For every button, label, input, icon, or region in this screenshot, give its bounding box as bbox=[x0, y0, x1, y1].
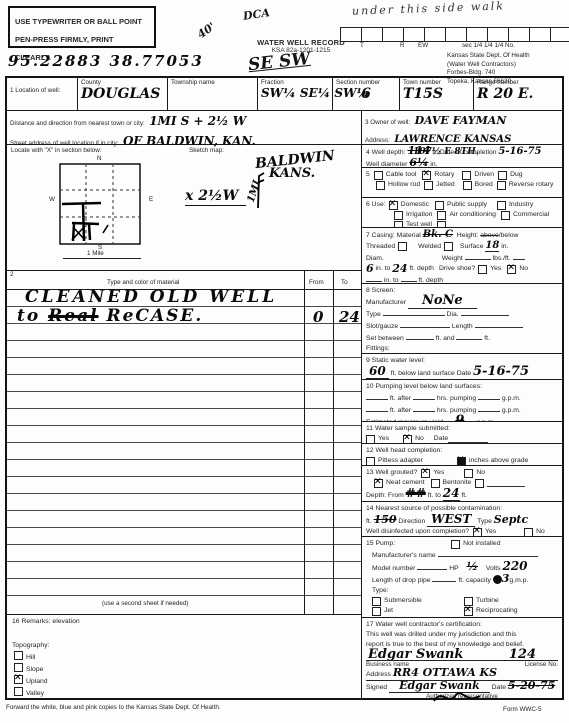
trs-grid-cell bbox=[550, 27, 569, 42]
threaded-label: Threaded bbox=[366, 242, 395, 252]
contamination-dir-label: Direction bbox=[398, 518, 425, 525]
section-static-level: 9 Static water level: 60 ft. below land … bbox=[362, 354, 562, 380]
scale-label: 1 Mile bbox=[85, 250, 106, 257]
driven-label: Driven bbox=[474, 170, 494, 180]
static-date-label: Date bbox=[457, 370, 471, 377]
drive-shoe-label: Drive shoe? bbox=[439, 264, 475, 274]
topo-valley-label: Valley bbox=[26, 690, 44, 697]
county-value: DOUGLAS bbox=[81, 86, 164, 102]
remarks-block: 16 Remarks: elevation Topography: Hill S… bbox=[7, 614, 361, 698]
completion-date-value: 5-16-75 bbox=[498, 146, 541, 157]
drive-shoe-no-label: No bbox=[519, 264, 528, 274]
materials-row2-from: 0 bbox=[313, 308, 323, 326]
submersible-label: Submersible bbox=[384, 596, 422, 606]
static-level-label: 9 Static water level: bbox=[366, 356, 558, 366]
row-distance-owner: Distance and direction from nearest town… bbox=[7, 110, 562, 145]
casing-ftdepth-label: ft. depth bbox=[409, 264, 434, 274]
distance-cell: Distance and direction from nearest town… bbox=[7, 110, 361, 144]
pumping-blank1b bbox=[413, 392, 435, 400]
location-label: 1 Location of well: bbox=[10, 87, 60, 94]
annotation-forty-feet: 40' bbox=[195, 20, 218, 41]
license-no-label: License No. bbox=[525, 661, 558, 668]
section-cell: Section number 6 bbox=[332, 78, 399, 110]
contamination-ft-value: 150 bbox=[374, 513, 397, 526]
casing-height-label: Height: bbox=[457, 232, 479, 239]
materials-row2-text: to Real ReCASE. bbox=[17, 306, 203, 326]
range-value: R 20 E. bbox=[477, 86, 559, 102]
footer-note: Forward the white, blue and pink copies … bbox=[6, 704, 221, 711]
domestic-label: Domestic bbox=[401, 200, 429, 210]
materials-table: 2 Type and color of material From To CLE… bbox=[7, 270, 361, 615]
disinfect-no-checkbox bbox=[524, 528, 533, 537]
materials-row2-post: ReCASE. bbox=[106, 306, 203, 326]
compass-north-label: N bbox=[97, 155, 102, 162]
grout-yes-label: Yes bbox=[433, 468, 444, 478]
lbs-label: lbs./ft. bbox=[493, 255, 511, 262]
test-well-label: Test well bbox=[406, 220, 432, 228]
trs-grid-cell bbox=[382, 27, 404, 42]
section-sample: 11 Water sample submitted: YesNoDate bbox=[362, 422, 562, 444]
trs-grid-cell bbox=[424, 27, 446, 42]
row-location: 1 Location of well: County DOUGLAS Towns… bbox=[7, 78, 562, 111]
section-contamination: 14 Nearest source of possible contaminat… bbox=[362, 502, 562, 537]
cert-date-value: 5-20-75 bbox=[508, 679, 555, 692]
sketch-block: Locate with "X" in section below: Sketch… bbox=[7, 144, 361, 271]
owner-address-label: Address: bbox=[365, 137, 390, 144]
grout-ft-label: ft. bbox=[461, 492, 467, 499]
pump-model-label: Model number bbox=[372, 565, 415, 572]
grout-other-blank bbox=[487, 479, 525, 487]
reverse-rotary-label: Reverse rotary bbox=[509, 180, 554, 190]
submersible-checkbox bbox=[372, 597, 381, 606]
pump-gmp-label: g.m.p. bbox=[509, 577, 528, 584]
screen-set-label: Set between bbox=[366, 335, 404, 342]
irrigation-checkbox bbox=[394, 211, 403, 220]
test-well-checkbox bbox=[394, 221, 403, 229]
screen-type-label: Type bbox=[366, 311, 381, 318]
pump-type-label: Type: bbox=[372, 586, 558, 596]
sample-date-blank bbox=[448, 435, 488, 443]
trs-grid-cell bbox=[466, 27, 488, 42]
cable-tool-label: Cable tool bbox=[386, 170, 417, 180]
pumping-after-label1: ft. after bbox=[390, 395, 411, 402]
lbs-blank bbox=[513, 252, 525, 260]
materials-row2-to: 24 bbox=[339, 308, 360, 326]
county-label: County bbox=[81, 79, 164, 86]
pumping-after-label2: ft. after bbox=[390, 407, 411, 414]
drive-shoe-yes-checkbox bbox=[478, 265, 487, 274]
contamination-type-value: Septc bbox=[494, 513, 528, 526]
cert-signed-value: Edgar Swank bbox=[389, 679, 490, 693]
grout-ftto-label: ft. to bbox=[428, 492, 441, 499]
pumping-gpm-label1: g.p.m. bbox=[502, 395, 521, 402]
township-label: Township name bbox=[171, 79, 254, 86]
cert-signature: Edgar Swank bbox=[368, 650, 463, 660]
rotary-checkbox bbox=[422, 171, 431, 180]
screen-type-blank bbox=[383, 308, 445, 316]
pump-drop-blank bbox=[432, 574, 456, 582]
sketch-state: KANS. bbox=[269, 166, 315, 181]
form-body: 1 Location of well: County DOUGLAS Towns… bbox=[5, 76, 564, 700]
screen-dia-label: Dia. bbox=[447, 311, 459, 318]
pump-hp-value: ½ bbox=[460, 560, 483, 573]
form-number: Form WWC-5 bbox=[503, 706, 541, 713]
grout-no-checkbox bbox=[464, 469, 473, 478]
turbine-label: Turbine bbox=[476, 596, 499, 606]
threaded-checkbox bbox=[398, 242, 407, 251]
trs-label-t: T bbox=[360, 42, 364, 49]
well-depth-label: 4 Well depth: bbox=[366, 149, 406, 156]
screen-mfr-label: Manufacturer bbox=[366, 299, 406, 306]
cert-license: 124 bbox=[509, 650, 536, 660]
screen-set-blank2 bbox=[456, 332, 482, 340]
topo-slope-label: Slope bbox=[26, 666, 43, 673]
topo-valley-checkbox bbox=[14, 687, 23, 696]
materials-row2-struck: Real bbox=[48, 306, 98, 326]
trs-grid-cell bbox=[529, 27, 551, 42]
pump-hp-label: HP bbox=[449, 565, 458, 572]
materials-to-label: To bbox=[341, 279, 348, 286]
well-diameter-label: Well diameter bbox=[366, 161, 407, 168]
section-grout: 13 Well grouted?YesNo Neat cementBentoni… bbox=[362, 466, 562, 502]
fraction-cell: Fraction SW¼ SE¼ SW¼ bbox=[257, 78, 332, 110]
pitless-checkbox bbox=[366, 457, 375, 466]
pumping-blank2b bbox=[413, 404, 435, 412]
casing-above-label: above bbox=[480, 232, 499, 239]
casing-into-label: in. to bbox=[376, 264, 391, 274]
materials-num: 2 bbox=[10, 271, 14, 278]
screen-slot-label: Slot/gauze bbox=[366, 323, 398, 330]
air-conditioning-checkbox bbox=[437, 211, 446, 220]
pump-label: 15 Pump: bbox=[366, 539, 395, 549]
grout-depth-label: Depth: From bbox=[366, 492, 404, 499]
trs-label-sec: sec 1/4 1/4 1/4 No. bbox=[462, 42, 515, 49]
weight-label: Weight bbox=[442, 255, 463, 262]
topo-hill-label: Hill bbox=[26, 654, 35, 661]
industry-label: Industry bbox=[509, 200, 533, 210]
grout-to-value: 24 bbox=[443, 486, 460, 501]
pumping-hrs-label1: hrs. pumping bbox=[437, 395, 476, 402]
topo-slope-checkbox bbox=[14, 663, 23, 672]
trs-grid-cell bbox=[340, 27, 362, 42]
agency-line: (Water Well Contractors) bbox=[447, 61, 530, 70]
topo-hill-checkbox bbox=[14, 651, 23, 660]
screen-set-blank1 bbox=[406, 332, 434, 340]
compass-west-label: W bbox=[49, 196, 55, 203]
sample-no-label: No bbox=[415, 434, 424, 444]
topography-label: Topography: bbox=[12, 641, 356, 651]
welded-checkbox bbox=[444, 242, 453, 251]
disinfect-label: Well disinfected upon completion? bbox=[366, 527, 469, 537]
well-diameter-unit: in. bbox=[430, 161, 437, 168]
casing-into2-label: in. to bbox=[384, 277, 399, 284]
town-value: T15S bbox=[403, 86, 470, 102]
contamination-dir-value: WEST bbox=[427, 512, 475, 527]
sample-yes-label: Yes bbox=[378, 434, 389, 444]
grout-other-checkbox bbox=[475, 479, 484, 488]
reciprocating-label: Reciprocating bbox=[476, 606, 518, 616]
screen-dia-blank bbox=[461, 308, 509, 316]
remarks-label: 16 Remarks: elevation bbox=[12, 617, 356, 627]
screen-mfr-value: NoNe bbox=[408, 293, 477, 309]
surface-label: Surface bbox=[460, 242, 483, 252]
range-cell: Range number R 20 E. bbox=[473, 78, 562, 110]
pump-drop-label: Length of drop pipe bbox=[372, 577, 431, 584]
screen-length-label: Length bbox=[452, 323, 473, 330]
pumping-blank2a bbox=[366, 404, 388, 412]
trs-grid-cell bbox=[487, 27, 509, 42]
section-label: Section number bbox=[336, 79, 396, 86]
cert-body1: This well was drilled under my jurisdict… bbox=[366, 630, 558, 640]
disinfect-yes-label: Yes bbox=[485, 527, 496, 537]
ink-blot bbox=[493, 575, 502, 584]
surface-value: 18 bbox=[485, 241, 499, 252]
pumping-blank1c bbox=[478, 392, 500, 400]
casing2-blank1 bbox=[366, 274, 382, 282]
signature-scribble bbox=[432, 692, 482, 702]
drill-num: 5 bbox=[366, 170, 370, 180]
section-drill-method: 5 Cable tool Rotary Driven Dug Hollow ro… bbox=[362, 168, 562, 198]
sketch-flag-stroke bbox=[251, 170, 265, 210]
trs-label-ew: EW bbox=[418, 42, 428, 49]
compass-east-label: E bbox=[149, 196, 153, 203]
town-cell: Town number T15S bbox=[399, 78, 473, 110]
dug-checkbox bbox=[498, 171, 507, 180]
hollow-rod-checkbox bbox=[376, 181, 385, 190]
reverse-rotary-checkbox bbox=[497, 181, 506, 190]
trs-grid-cell bbox=[508, 27, 530, 42]
rotary-label: Rotary bbox=[434, 170, 454, 180]
grout-yes-checkbox bbox=[421, 469, 430, 478]
casing-ftdepth2-label: ft. depth bbox=[418, 277, 443, 284]
fraction-label: Fraction bbox=[261, 79, 329, 86]
well-depth-mid-label: ft. Date of completion bbox=[432, 149, 496, 156]
sample-date-label: Date bbox=[434, 434, 448, 444]
township-cell: Township name bbox=[167, 78, 257, 110]
surface-unit: in. bbox=[501, 242, 508, 252]
trs-grid-cell bbox=[361, 27, 383, 42]
sketch-distance: x 2½W bbox=[185, 188, 246, 206]
drive-shoe-no-checkbox bbox=[507, 265, 516, 274]
trs-grid-cell bbox=[445, 27, 467, 42]
section-screen: 8 Screen: Manufacturer NoNe Type Dia. Sl… bbox=[362, 284, 562, 354]
static-date-value: 5-16-75 bbox=[473, 364, 529, 379]
screen-fittings-label: Fittings: bbox=[366, 344, 558, 354]
bored-checkbox bbox=[463, 181, 472, 190]
section-use: 6 Use: Domestic Public supply Industry I… bbox=[362, 198, 562, 228]
above-grade-label: inches above grade bbox=[469, 456, 528, 466]
casing2-blank2 bbox=[401, 274, 417, 282]
pump-mfr-blank bbox=[438, 549, 538, 557]
jet-checkbox bbox=[372, 607, 381, 616]
screen-ftand-label: ft. and bbox=[436, 335, 455, 342]
annotation-dca: DCA bbox=[242, 6, 270, 23]
cable-tool-checkbox bbox=[374, 171, 383, 180]
town-label: Town number bbox=[403, 79, 470, 86]
use-other-checkbox bbox=[437, 221, 446, 229]
irrigation-label: Irrigation bbox=[406, 210, 432, 220]
commercial-checkbox bbox=[501, 211, 510, 220]
driven-checkbox bbox=[462, 171, 471, 180]
hollow-rod-label: Hollow rod bbox=[388, 180, 420, 190]
cert-address-value: RR4 OTTAWA KS bbox=[393, 666, 497, 679]
jet-label: Jet bbox=[384, 606, 393, 616]
contamination-type-label: Type bbox=[477, 518, 492, 525]
distance-value: 1MI S + 2½ W bbox=[149, 114, 246, 128]
above-grade-checkbox bbox=[457, 457, 466, 466]
pumping-blank1a bbox=[366, 392, 388, 400]
not-installed-checkbox bbox=[451, 540, 460, 549]
static-level-value: 60 bbox=[366, 364, 389, 379]
disinfect-no-label: No bbox=[536, 527, 545, 537]
pump-volts-label: Volts bbox=[486, 565, 501, 572]
casing-material-label: Material bbox=[397, 232, 421, 239]
cert-date-label: Date bbox=[492, 684, 506, 691]
casing-label: 7 Casing: bbox=[366, 232, 395, 239]
industry-checkbox bbox=[497, 201, 506, 210]
static-level-suffix: ft. below land surface bbox=[391, 370, 455, 377]
pumping-gpm-label2: g.p.m. bbox=[502, 407, 521, 414]
screen-length-blank bbox=[475, 320, 523, 328]
instruction-box: USE TYPEWRITER OR BALL POINT PEN-PRESS F… bbox=[8, 6, 156, 48]
materials-footer: (use a second sheet if needed) bbox=[102, 600, 188, 607]
right-column: 4 Well depth: 114 ft. Date of completion… bbox=[361, 144, 562, 698]
jetted-label: Jetted bbox=[436, 180, 455, 190]
sample-label: 11 Water sample submitted: bbox=[366, 424, 558, 434]
annotation-sidewalk-note: under this side walk bbox=[352, 0, 505, 18]
materials-to-divider bbox=[333, 270, 334, 614]
casing-d2-value: 24 bbox=[392, 264, 407, 274]
materials-header: Type and color of material bbox=[107, 279, 179, 286]
section-pump: 15 Pump:Not installed Manufacturer's nam… bbox=[362, 537, 562, 618]
well-diameter-value: 6¼ bbox=[409, 156, 428, 168]
section-wellhead: 12 Well head completion: Pitless adapter… bbox=[362, 444, 562, 466]
grout-from-scribble: ## bbox=[406, 486, 426, 500]
topo-upland-checkbox bbox=[14, 675, 23, 684]
reciprocating-checkbox bbox=[464, 607, 473, 616]
section-grid-sketch bbox=[59, 163, 145, 249]
county-cell: County DOUGLAS bbox=[77, 78, 167, 110]
dug-label: Dug bbox=[510, 170, 522, 180]
screen-ft-label: ft. bbox=[484, 335, 490, 342]
owner-label: 3 Owner of well: bbox=[365, 119, 410, 126]
jetted-checkbox bbox=[424, 181, 433, 190]
use-label: 6 Use: bbox=[366, 200, 386, 210]
water-well-record-form: USE TYPEWRITER OR BALL POINT PEN-PRESS F… bbox=[0, 0, 569, 723]
bored-label: Bored bbox=[475, 180, 493, 190]
section-certification: 17 Water well contractor's certification… bbox=[362, 618, 562, 702]
agency-line: Kansas State Dept. Of Health bbox=[447, 52, 530, 61]
use-other-blank bbox=[449, 221, 529, 228]
grout-no-label: No bbox=[476, 468, 485, 478]
cert-address-label: Address bbox=[366, 671, 391, 678]
bentonite-checkbox bbox=[431, 479, 440, 488]
pitless-label: Pitless adapter bbox=[378, 456, 423, 466]
range-label: Range number bbox=[477, 79, 559, 86]
neat-cement-checkbox bbox=[374, 479, 383, 488]
owner-cell: 3 Owner of well: DAVE FAYMAN Address: LA… bbox=[361, 110, 562, 144]
casing-material-value: Bk. C bbox=[423, 229, 453, 240]
sketch-map-label: Sketch map: bbox=[189, 147, 224, 154]
contamination-ft-label: ft. bbox=[366, 518, 372, 525]
materials-row2-pre: to bbox=[17, 306, 40, 326]
pump-ft-label: ft. capacity bbox=[458, 577, 491, 584]
diam-label: Diam. bbox=[366, 255, 384, 262]
materials-from-label: From bbox=[309, 279, 324, 286]
trs-grid-cell bbox=[403, 27, 425, 42]
section-pumping: 10 Pumping level below land surfaces: ft… bbox=[362, 380, 562, 422]
cert-label: 17 Water well contractor's certification… bbox=[366, 620, 558, 630]
domestic-checkbox bbox=[389, 201, 398, 210]
section-well-depth: 4 Well depth: 114 ft. Date of completion… bbox=[362, 144, 562, 168]
sample-yes-checkbox bbox=[366, 435, 375, 444]
fraction-value: SW¼ SE¼ SW¼ bbox=[261, 86, 329, 100]
topo-upland-label: Upland bbox=[26, 678, 48, 685]
cert-signed-label: Signed bbox=[366, 684, 387, 691]
weight-blank bbox=[465, 252, 491, 260]
drive-shoe-yes-label: Yes bbox=[490, 264, 501, 274]
pumping-label: 10 Pumping level below land surfaces: bbox=[366, 382, 558, 392]
materials-from-divider bbox=[304, 270, 305, 614]
location-label-cell: 1 Location of well: bbox=[7, 78, 77, 110]
pumping-blank2c bbox=[478, 404, 500, 412]
public-supply-checkbox bbox=[435, 201, 444, 210]
public-supply-label: Public supply bbox=[447, 200, 487, 210]
pump-mfr-label: Manufacturer's name bbox=[372, 552, 436, 559]
materials-row1-text: CLEANED OLD WELL bbox=[25, 287, 277, 307]
locate-label: Locate with "X" in section below: bbox=[11, 147, 102, 154]
sample-no-checkbox bbox=[403, 435, 412, 444]
casing-d1-value: 6 bbox=[366, 264, 374, 274]
trs-grid bbox=[341, 27, 569, 42]
section-casing: 7 Casing: Material Bk. C Height: above/b… bbox=[362, 228, 562, 284]
est-yield-value: 9 bbox=[445, 413, 474, 422]
pump-volts-value: 220 bbox=[502, 559, 527, 573]
screen-slot-blank bbox=[400, 320, 450, 328]
pump-model-blank bbox=[417, 562, 447, 570]
disinfect-yes-checkbox bbox=[473, 528, 482, 537]
distance-label: Distance and direction from nearest town… bbox=[10, 120, 145, 127]
not-installed-label: Not installed bbox=[463, 539, 500, 549]
commercial-label: Commercial bbox=[513, 210, 549, 220]
trs-label-r: R bbox=[400, 42, 405, 49]
welded-label: Welded bbox=[418, 242, 441, 252]
annotation-coordinates: 95.22883 38.77053 bbox=[8, 52, 204, 70]
casing-below-label: below bbox=[501, 232, 519, 239]
materials-ruled-rows bbox=[7, 290, 361, 608]
air-conditioning-label: Air conditioning bbox=[449, 210, 495, 220]
section-value: 6 bbox=[336, 86, 396, 102]
owner-name: DAVE FAYMAN bbox=[415, 114, 507, 127]
